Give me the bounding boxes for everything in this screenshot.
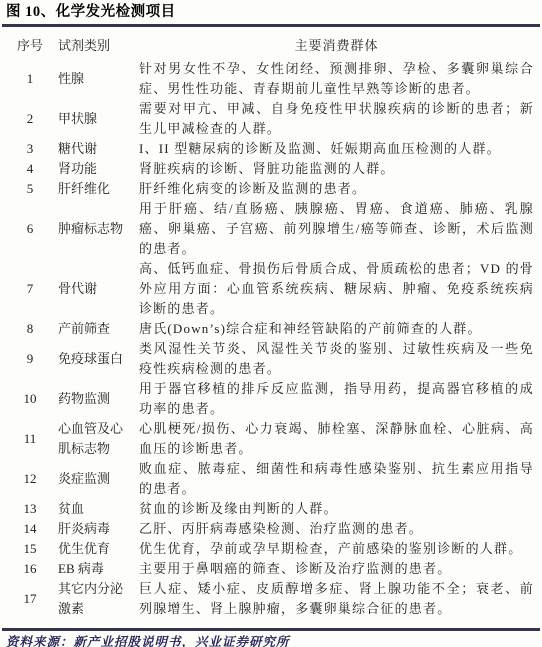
figure-title: 图 10、化学发光检测项目 bbox=[0, 0, 542, 23]
row-consumers: 唐氏(Down’s)综合症和神经管缺陷的产前筛查的人群。 bbox=[135, 319, 534, 339]
table-row: 5 肝纤维化 肝纤维化病变的诊断及监测的患者。 bbox=[8, 179, 534, 199]
table-header-row: 序号 试剂类别 主要消费群体 bbox=[8, 36, 534, 56]
row-no: 15 bbox=[8, 539, 52, 559]
row-category: 甲状腺 bbox=[52, 109, 135, 129]
row-consumers: I、II 型糖尿病的诊断及监测、妊娠期高血压检测的人群。 bbox=[135, 139, 534, 159]
row-category: 肾功能 bbox=[52, 159, 135, 179]
row-no: 4 bbox=[8, 159, 52, 179]
row-consumers: 用于器官移植的排斥反应监测，指导用药，提高器官移植的成功率的患者。 bbox=[135, 379, 534, 419]
row-no: 1 bbox=[8, 69, 52, 89]
row-category: 免疫球蛋白 bbox=[52, 349, 135, 369]
row-category: 药物监测 bbox=[52, 389, 135, 409]
reagent-table: 序号 试剂类别 主要消费群体 1 性腺 针对男女性不孕、女性闭经、预测排卵、孕检… bbox=[0, 27, 542, 619]
row-category: EB 病毒 bbox=[52, 559, 135, 579]
row-consumers: 类风湿性关节炎、风湿性关节炎的鉴别、过敏性疾病及一些免疫性疾病检测的患者。 bbox=[135, 339, 534, 379]
table-row: 1 性腺 针对男女性不孕、女性闭经、预测排卵、孕检、多囊卵巢综合症、男性性功能、… bbox=[8, 59, 534, 99]
row-consumers: 肝纤维化病变的诊断及监测的患者。 bbox=[135, 179, 534, 199]
header-category: 试剂类别 bbox=[52, 36, 135, 56]
table-row: 11 心血管及心肌标志物 心肌梗死/损伤、心力衰竭、肺栓塞、深静脉血栓、心脏病、… bbox=[8, 419, 534, 459]
row-no: 5 bbox=[8, 179, 52, 199]
row-category: 炎症监测 bbox=[52, 469, 135, 489]
row-consumers: 贫血的诊断及缘由判断的人群。 bbox=[135, 499, 534, 519]
row-no: 17 bbox=[8, 589, 52, 609]
row-consumers: 用于肝癌、结/直肠癌、胰腺癌、胃癌、食道癌、肺癌、乳腺癌、卵巢癌、子宫癌、前列腺… bbox=[135, 199, 534, 259]
row-no: 3 bbox=[8, 139, 52, 159]
table-row: 10 药物监测 用于器官移植的排斥反应监测，指导用药，提高器官移植的成功率的患者… bbox=[8, 379, 534, 419]
row-consumers: 主要用于鼻咽癌的筛查、诊断及治疗监测的患者。 bbox=[135, 559, 534, 579]
row-category: 心血管及心肌标志物 bbox=[52, 419, 135, 459]
row-consumers: 巨人症、矮小症、皮质醇增多症、肾上腺功能不全；衰老、前列腺增生、肾上腺肿瘤，多囊… bbox=[135, 579, 534, 619]
row-category: 其它内分泌激素 bbox=[52, 579, 135, 619]
row-category: 优生优育 bbox=[52, 539, 135, 559]
table-row: 12 炎症监测 败血症、脓毒症、细菌性和病毒性感染鉴别、抗生素应用指导的患者。 bbox=[8, 459, 534, 499]
table-row: 7 骨代谢 高、低钙血症、骨损伤后骨质合成、骨质疏松的患者；VD 的骨外应用方面… bbox=[8, 259, 534, 319]
row-category: 性腺 bbox=[52, 69, 135, 89]
row-consumers: 肾脏疾病的诊断、肾脏功能监测的人群。 bbox=[135, 159, 534, 179]
row-consumers: 优生优育，孕前或孕早期检查，产前感染的鉴别诊断的人群。 bbox=[135, 539, 534, 559]
table-row: 3 糖代谢 I、II 型糖尿病的诊断及监测、妊娠期高血压检测的人群。 bbox=[8, 139, 534, 159]
table-row: 8 产前筛查 唐氏(Down’s)综合症和神经管缺陷的产前筛查的人群。 bbox=[8, 319, 534, 339]
report-figure-page: 图 10、化学发光检测项目 序号 试剂类别 主要消费群体 1 性腺 针对男女性不… bbox=[0, 0, 542, 647]
table-row: 13 贫血 贫血的诊断及缘由判断的人群。 bbox=[8, 499, 534, 519]
row-category: 肿瘤标志物 bbox=[52, 219, 135, 239]
row-consumers: 乙肝、丙肝病毒感染检测、治疗监测的患者。 bbox=[135, 519, 534, 539]
table-row: 17 其它内分泌激素 巨人症、矮小症、皮质醇增多症、肾上腺功能不全；衰老、前列腺… bbox=[8, 579, 534, 619]
row-consumers: 高、低钙血症、骨损伤后骨质合成、骨质疏松的患者；VD 的骨外应用方面：心血管系统… bbox=[135, 259, 534, 319]
row-no: 12 bbox=[8, 469, 52, 489]
row-no: 16 bbox=[8, 559, 52, 579]
row-category: 骨代谢 bbox=[52, 279, 135, 299]
table-row: 2 甲状腺 需要对甲亢、甲减、自身免疫性甲状腺疾病的诊断的患者；新生儿甲减检查的… bbox=[8, 99, 534, 139]
row-no: 10 bbox=[8, 389, 52, 409]
table-row: 14 肝炎病毒 乙肝、丙肝病毒感染检测、治疗监测的患者。 bbox=[8, 519, 534, 539]
table-row: 15 优生优育 优生优育，孕前或孕早期检查，产前感染的鉴别诊断的人群。 bbox=[8, 539, 534, 559]
row-no: 2 bbox=[8, 109, 52, 129]
row-consumers: 针对男女性不孕、女性闭经、预测排卵、孕检、多囊卵巢综合症、男性性功能、青春期前儿… bbox=[135, 59, 534, 99]
row-category: 糖代谢 bbox=[52, 139, 135, 159]
row-consumers: 心肌梗死/损伤、心力衰竭、肺栓塞、深静脉血栓、心脏病、高血压的诊断患者。 bbox=[135, 419, 534, 459]
row-no: 7 bbox=[8, 279, 52, 299]
row-no: 13 bbox=[8, 499, 52, 519]
row-no: 11 bbox=[8, 429, 52, 449]
row-no: 9 bbox=[8, 349, 52, 369]
header-consumers: 主要消费群体 bbox=[135, 36, 534, 56]
table-row: 9 免疫球蛋白 类风湿性关节炎、风湿性关节炎的鉴别、过敏性疾病及一些免疫性疾病检… bbox=[8, 339, 534, 379]
table-row: 6 肿瘤标志物 用于肝癌、结/直肠癌、胰腺癌、胃癌、食道癌、肺癌、乳腺癌、卵巢癌… bbox=[8, 199, 534, 259]
row-category: 肝纤维化 bbox=[52, 179, 135, 199]
table-row: 16 EB 病毒 主要用于鼻咽癌的筛查、诊断及治疗监测的患者。 bbox=[8, 559, 534, 579]
source-note: 资料来源：新产业招股说明书，兴业证券研究所 bbox=[0, 631, 542, 647]
row-consumers: 需要对甲亢、甲减、自身免疫性甲状腺疾病的诊断的患者；新生儿甲减检查的人群。 bbox=[135, 99, 534, 139]
row-category: 贫血 bbox=[52, 499, 135, 519]
table-row: 4 肾功能 肾脏疾病的诊断、肾脏功能监测的人群。 bbox=[8, 159, 534, 179]
row-no: 6 bbox=[8, 219, 52, 239]
row-category: 产前筛查 bbox=[52, 319, 135, 339]
table-rows: 1 性腺 针对男女性不孕、女性闭经、预测排卵、孕检、多囊卵巢综合症、男性性功能、… bbox=[8, 59, 534, 619]
row-no: 8 bbox=[8, 319, 52, 339]
row-consumers: 败血症、脓毒症、细菌性和病毒性感染鉴别、抗生素应用指导的患者。 bbox=[135, 459, 534, 499]
row-no: 14 bbox=[8, 519, 52, 539]
row-category: 肝炎病毒 bbox=[52, 519, 135, 539]
header-no: 序号 bbox=[8, 36, 52, 56]
